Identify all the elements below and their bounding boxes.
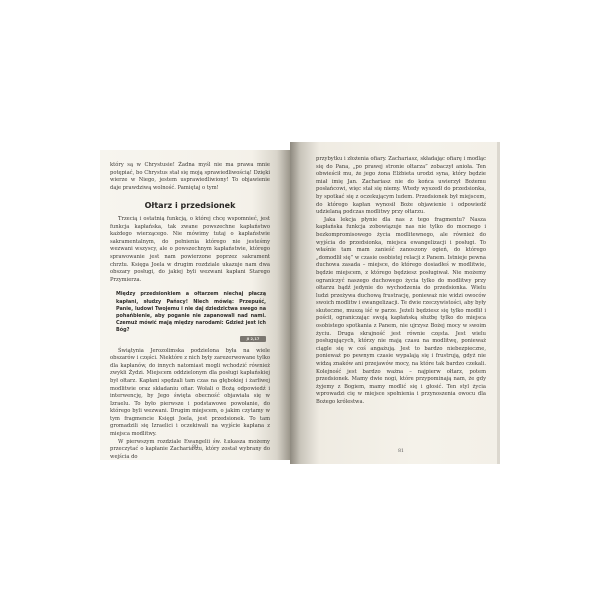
page-number: 80 [100,445,290,450]
paragraph: przybytku i złożenia ofiary. Zachariasz,… [316,156,486,217]
paragraph: Jaka lekcja płynie dla nas z tego fragme… [316,217,486,407]
left-page: który są w Chrystusie! Żadna myśl nie ma… [100,150,290,460]
paragraph: Świątynia Jerozolimska podzielona była n… [110,348,270,439]
right-page-text: przybytku i złożenia ofiary. Zachariasz,… [316,156,486,407]
quote-text: Między przedsionkiem a ołtarzem niechaj … [116,291,266,333]
right-page: przybytku i złożenia ofiary. Zachariasz,… [290,142,500,464]
section-heading: Ołtarz i przedsionek [110,202,270,210]
scripture-reference-badge: JI 2,17 [240,336,266,342]
scripture-quote: Między przedsionkiem a ołtarzem niechaj … [116,291,270,341]
open-book: który są w Chrystusie! Żadna myśl nie ma… [100,150,520,460]
paragraph: Trzecią i ostatnią funkcją, o której chc… [110,216,270,284]
left-page-text: który są w Chrystusie! Żadna myśl nie ma… [110,162,270,460]
page-number: 81 [302,449,500,454]
intro-paragraph: który są w Chrystusie! Żadna myśl nie ma… [110,162,270,192]
